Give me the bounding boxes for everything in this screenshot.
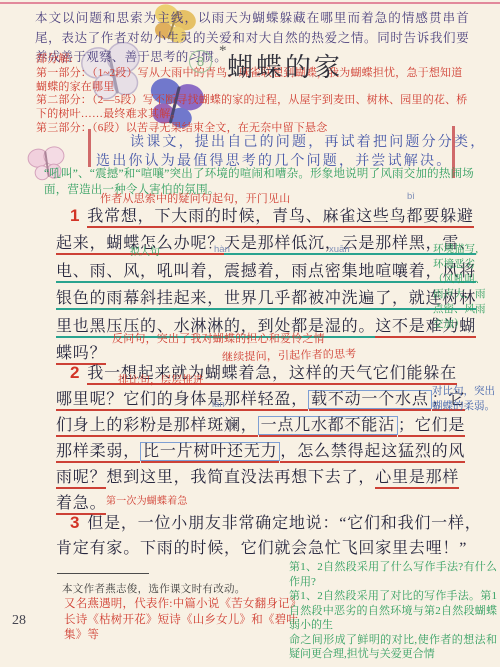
page-title: 蝴蝶的家 xyxy=(227,47,343,84)
text-segment: 电、雨、风，吼叫着，震撼着，雨点密集地喧嚷着，风将 xyxy=(56,263,476,283)
text-line: 1我常想，下大雨的时候，青鸟、麻雀这些鸟都要躲避 xyxy=(56,203,452,230)
text-segment: 但是，一位小朋友非常确定地说：“它们和我们一样， xyxy=(87,515,481,532)
text-segment: 哪里呢？它们的身体是那样轻盈， xyxy=(56,391,308,411)
footnote-separator xyxy=(57,573,149,574)
text-segment: 那样柔弱， xyxy=(56,443,140,463)
text-line: 下的树叶……最终难求其解。 xyxy=(36,108,478,122)
text-segment: 银色的雨幕斜挂起来，世界几乎都被冲洗遍了，就连树林 xyxy=(56,290,476,310)
text-segment: 比一片树叶还无力 xyxy=(140,442,280,461)
text-line: 那样柔弱，比一片树叶还无力，怎么禁得起这猛烈的风 xyxy=(56,438,452,464)
annotation-personification: 拟人句 xyxy=(130,243,160,258)
text-segment: 肯定有家。下雨的时候，它们就会急忙飞回家里去哩！” xyxy=(56,540,467,557)
text-line: 命之间形成了鲜明的对比,使作者的想法和疑问更合理,担忧与关爱更合情 xyxy=(289,633,497,662)
author-footnote: 本文作者燕志俊，选作课文时有改动。 xyxy=(62,581,246,596)
text-line: 雨呢？想到这里，我简直没法再想下去了，心里是那样 xyxy=(56,464,452,490)
pinyin-lan: lán xyxy=(212,399,225,410)
text-line: 第1、2自然段采用了什么写作手法?有什么作用? xyxy=(289,560,497,589)
text-segment: 心里是那样 xyxy=(375,469,459,489)
paragraph: 3但是，一位小朋友非常确定地说：“它们和我们一样，肯定有家。下雨的时候，它们就会… xyxy=(56,510,452,560)
text-line: 3但是，一位小朋友非常确定地说：“它们和我们一样， xyxy=(56,510,452,535)
paragraph-number: 1 xyxy=(70,206,80,225)
text-line: 银色的雨幕斜挂起来，世界几乎都被冲洗遍了，就连树林 xyxy=(56,285,452,312)
paragraph-number: 2 xyxy=(70,363,80,382)
text-segment: 我常想，下大雨的时候，青鸟、麻雀这些鸟都要躲避 xyxy=(87,208,473,228)
text-line: 电、雨、风，吼叫着，震撼着，雨点密集地喧嚷着，风将 xyxy=(56,258,452,285)
text-segment: ；它们是 xyxy=(398,417,465,437)
author-works-note: 又名燕遇明，代表作:中篇小说《苦女翻身记》长诗《枯树开花》短诗《山乡女儿》和《碧… xyxy=(64,597,298,644)
self-study-star-icon: * xyxy=(219,43,227,60)
top-border-line xyxy=(0,2,500,4)
margin-note-contrast: 对比句，突出蝴蝶的柔弱。 xyxy=(432,384,498,414)
text-segment: 们身上的彩粉是那样斑斓， xyxy=(56,417,258,437)
annotation-parallelism: 排比句，层层推进 xyxy=(118,372,204,387)
reading-prompt-line1: 读课文，提出自己的问题，再试着把问题分分类， xyxy=(130,131,486,151)
lesson-number-badge: 8 xyxy=(189,50,212,73)
question-answer-note: 第1、2自然段采用了什么写作手法?有什么作用?第1、2自然段采用了对比的写作手法… xyxy=(289,560,497,662)
text-line: 第1、2自然段采用了对比的写作手法。第1自然段中恶劣的自然环境与第2自然段蝴蝶弱… xyxy=(289,589,497,633)
pinyin-xuan: xuān xyxy=(329,244,350,255)
text-line: 起来，蝴蝶怎么办呢？天是那样低沉，云是那样黑，雷、 xyxy=(56,230,452,257)
text-segment: 雨呢？ xyxy=(56,469,106,489)
textbook-page: 本文以问题和思索为主线，以雨天为蝴蝶躲藏在哪里而着急的情感贯串首尾，表达了作者对… xyxy=(0,0,500,667)
pinyin-bi: bì xyxy=(407,191,415,202)
text-segment: 载不动一个水点 xyxy=(308,390,432,409)
paragraph: 2我一想起来就为蝴蝶着急，这样的天气它们能躲在哪里呢？它们的身体是那样轻盈，载不… xyxy=(56,360,452,510)
text-segment: 一点儿水都不能沾 xyxy=(258,416,398,435)
page-number: 28 xyxy=(12,613,26,629)
text-line: 们身上的彩粉是那样斑斓，一点儿水都不能沾；它们是 xyxy=(56,412,452,438)
text-segment: ，怎么禁得起这猛烈的风 xyxy=(280,443,465,463)
text-line: 第二部分：（2—5段）写不断寻找蝴蝶的家的过程，从屋宇到麦田、树林、园里的花、桥 xyxy=(36,94,478,108)
prompt-left-bar xyxy=(88,129,91,167)
paragraph-number: 3 xyxy=(70,513,80,532)
annotation-rhetorical-question: 反问句，突出了我对蝴蝶的担心和爱怜之情 xyxy=(112,330,325,346)
pinyin-han: hàn xyxy=(214,244,230,255)
margin-note-environment: 环境描写，环境恶劣（风吼叫、雨声大、雨点密、风雨交加） xyxy=(433,242,495,332)
text-line: 肯定有家。下雨的时候，它们就会急忙飞回家里去哩！” xyxy=(56,535,452,560)
annotation-first-worry: 第一次为蝴蝶着急 xyxy=(106,492,188,507)
text-segment: 想到这里，我简直没法再想下去了， xyxy=(106,469,375,486)
annotation-opening-question: 作者从思索中的疑问句起句，开门见山 xyxy=(100,190,290,206)
text-line: 哪里呢？它们的身体是那样轻盈，载不动一个水点；它 xyxy=(56,386,452,412)
